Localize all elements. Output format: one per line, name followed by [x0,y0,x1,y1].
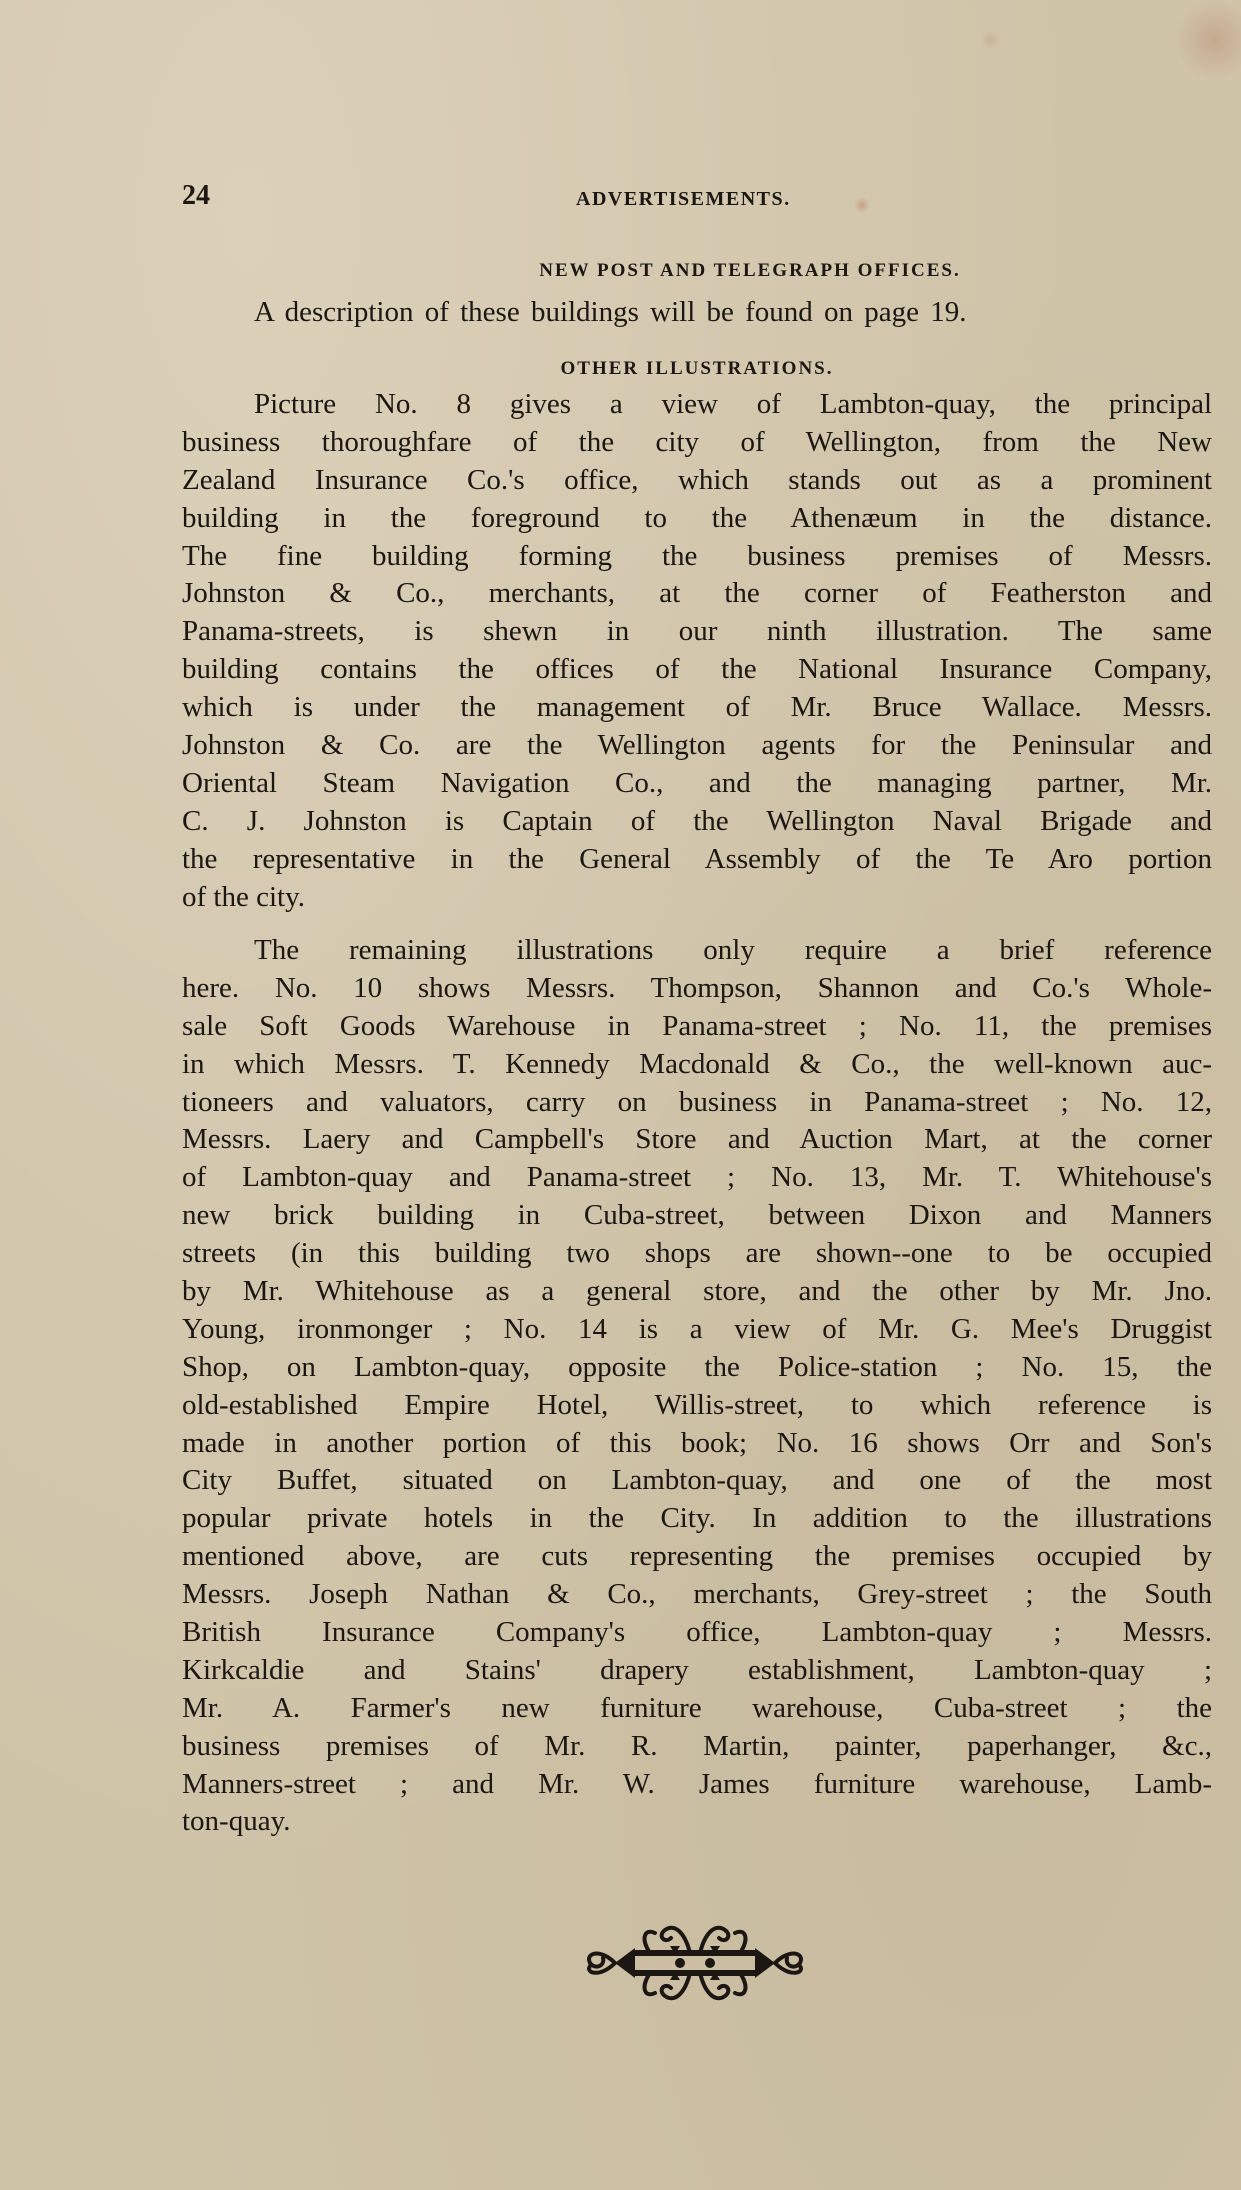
text-line: C. J. Johnston is Captain of the Welling… [182,803,1212,841]
section-heading-other-illustrations: OTHER ILLUSTRATIONS. [182,358,1212,380]
text-line: The remaining illustrations only require… [182,932,1212,970]
paragraph-1: Picture No. 8 gives a view of Lambton-qu… [182,386,1212,916]
scroll-ornament-icon [575,1908,815,2018]
page-number: 24 [182,180,210,212]
text-line: streets (in this building two shops are … [182,1235,1212,1273]
text-line: Zealand Insurance Co.'s office, which st… [182,462,1212,500]
text-line: Picture No. 8 gives a view of Lambton-qu… [182,386,1212,424]
text-line: business thoroughfare of the city of Wel… [182,424,1212,462]
text-line: made in another portion of this book; No… [182,1425,1212,1463]
text-line: building in the foreground to the Athenæ… [182,500,1212,538]
text-line: of the city. [182,879,1212,917]
text-line: Panama-streets, is shewn in our ninth il… [182,613,1212,651]
section-lead-text: A description of these buildings will be… [254,296,967,329]
text-line: here. No. 10 shows Messrs. Thompson, Sha… [182,970,1212,1008]
text-line: by Mr. Whitehouse as a general store, an… [182,1273,1212,1311]
text-line: British Insurance Company's office, Lamb… [182,1614,1212,1652]
text-line: ton-quay. [182,1803,1212,1841]
text-line: Mr. A. Farmer's new furniture warehouse,… [182,1690,1212,1728]
text-line: of Lambton-quay and Panama-street ; No. … [182,1159,1212,1197]
text-line: Johnston & Co., merchants, at the corner… [182,575,1212,613]
running-title: ADVERTISEMENTS. [576,188,791,211]
text-line: in which Messrs. T. Kennedy Macdonald & … [182,1046,1212,1084]
text-line: City Buffet, situated on Lambton-quay, a… [182,1462,1212,1500]
text-line: popular private hotels in the City. In a… [182,1500,1212,1538]
text-line: Kirkcaldie and Stains' drapery establish… [182,1652,1212,1690]
text-line: The fine building forming the business p… [182,538,1212,576]
text-line: tioneers and valuators, carry on busines… [182,1084,1212,1122]
text-line: Manners-street ; and Mr. W. James furnit… [182,1766,1212,1804]
text-line: sale Soft Goods Warehouse in Panama-stre… [182,1008,1212,1046]
paragraph-2: The remaining illustrations only require… [182,932,1212,1841]
text-line: Shop, on Lambton-quay, opposite the Poli… [182,1349,1212,1387]
text-line: Oriental Steam Navigation Co., and the m… [182,765,1212,803]
text-line: mentioned above, are cuts representing t… [182,1538,1212,1576]
text-line: which is under the management of Mr. Bru… [182,689,1212,727]
text-line: business premises of Mr. R. Martin, pain… [182,1728,1212,1766]
text-line: the representative in the General Assemb… [182,841,1212,879]
text-line: Young, ironmonger ; No. 14 is a view of … [182,1311,1212,1349]
text-line: Johnston & Co. are the Wellington agents… [182,727,1212,765]
text-line: Messrs. Joseph Nathan & Co., merchants, … [182,1576,1212,1614]
text-line: Messrs. Laery and Campbell's Store and A… [182,1121,1212,1159]
text-line: building contains the offices of the Nat… [182,651,1212,689]
text-line: new brick building in Cuba-street, betwe… [182,1197,1212,1235]
running-head: 24 ADVERTISEMENTS. [182,180,1212,220]
section-heading-post-offices: NEW POST AND TELEGRAPH OFFICES. [182,260,1212,282]
text-line: old-established Empire Hotel, Willis-str… [182,1387,1212,1425]
